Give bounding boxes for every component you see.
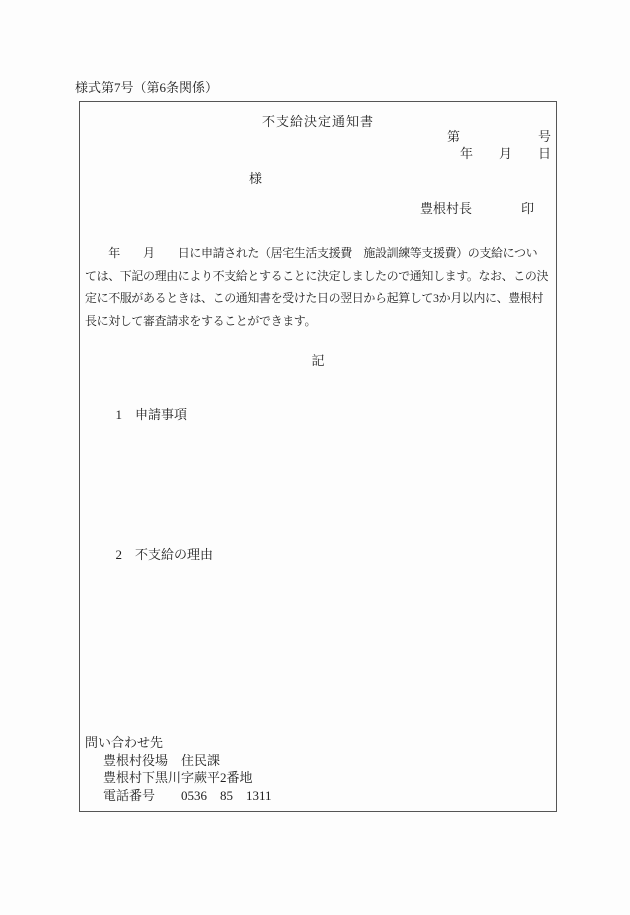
body-line: 年 月 日に申請された（居宅生活支援費 施設訓練等支援費）の支給につい [85,242,553,265]
contact-heading: 問い合わせ先 [85,734,552,752]
contact-address-line: 豊根村下黒川字蕨平2番地 [85,769,552,787]
body-line: 長に対して審査請求をすることができます。 [85,310,553,333]
issuer-name: 豊根村長 [420,198,472,217]
addressee-suffix: 様 [249,168,262,187]
notice-box: 不支給決定通知書 第 号 年 月 日 様 豊根村長 印 年 月 日に申請された（… [79,101,557,812]
body-line: ては、下記の理由により不支給とすることに決定しましたので通知します。なお、この決 [85,265,553,288]
notice-body: 年 月 日に申請された（居宅生活支援費 施設訓練等支援費）の支給につい ては、下… [85,242,553,332]
ki-heading: 記 [80,350,556,373]
item-number: 2 [116,547,123,562]
date-line: 年 月 日 [460,143,551,162]
document-page: 様式第7号（第6条関係） 不支給決定通知書 第 号 年 月 日 様 豊根村長 印… [0,0,630,915]
contact-phone-line: 電話番号 0536 85 1311 [85,787,552,805]
contact-block: 問い合わせ先 豊根村役場 住民課 豊根村下黒川字蕨平2番地 電話番号 0536 … [85,734,552,804]
item-label: 不支給の理由 [135,547,213,562]
contact-office-line: 豊根村役場 住民課 [85,752,552,770]
item-application-details: 1申請事項 [96,381,187,449]
issuer-row: 豊根村長 印 [80,198,556,216]
item-nonpayment-reason: 2不支給の理由 [96,521,213,589]
item-label: 申請事項 [135,407,187,422]
body-line: 定に不服があるときは、この通知書を受けた日の翌日から起算して3か月以内に、豊根村 [85,287,553,310]
form-number-label: 様式第7号（第6条関係） [75,80,218,96]
item-number: 1 [116,407,123,422]
seal-mark: 印 [521,198,534,217]
